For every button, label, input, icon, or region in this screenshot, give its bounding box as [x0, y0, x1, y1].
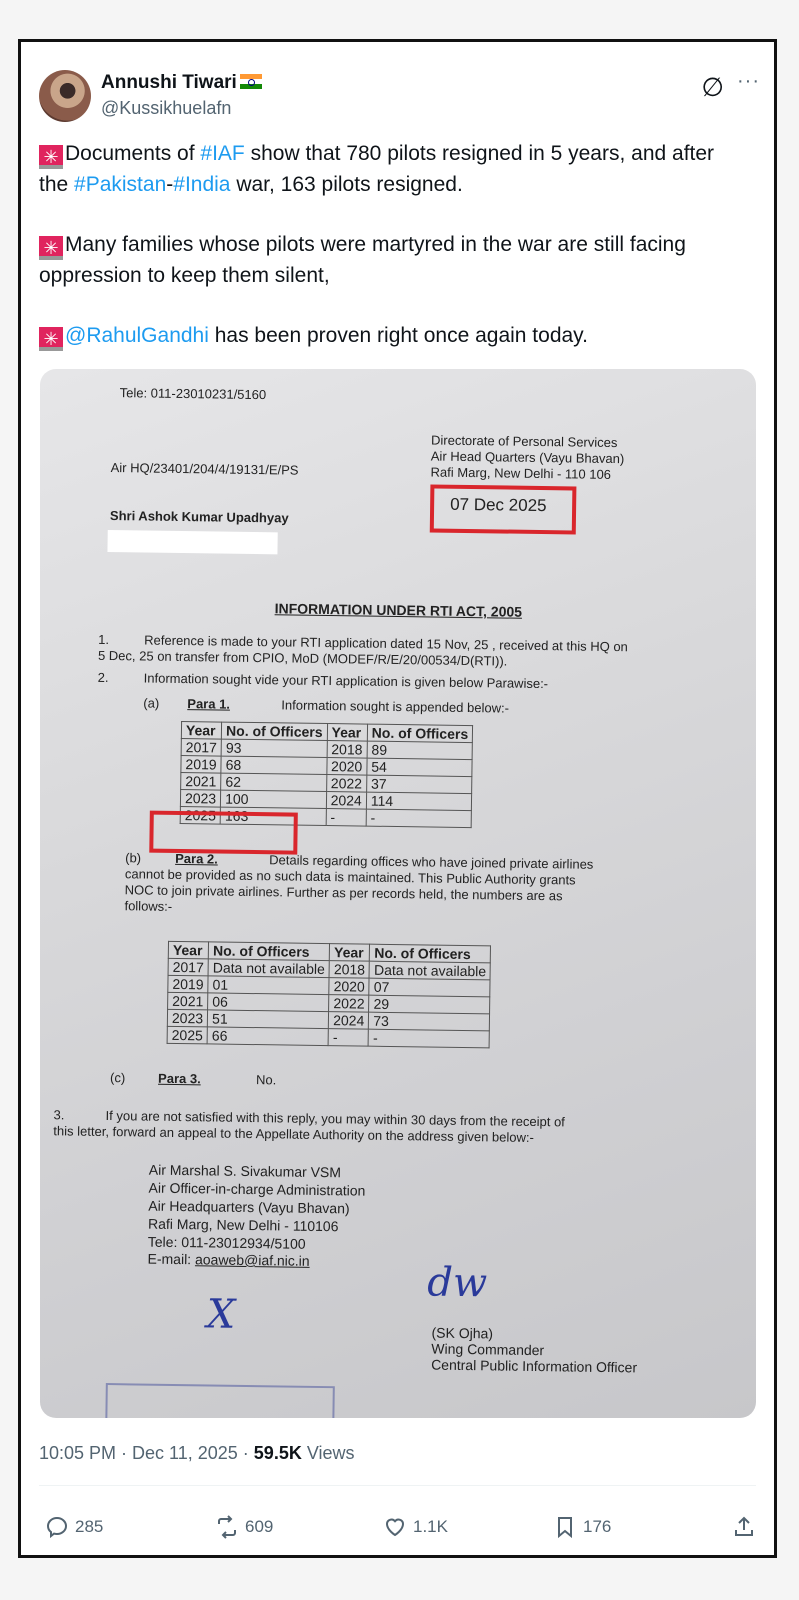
author-handle[interactable]: @Kussikhuelafn — [101, 98, 231, 119]
table-cell: No. of Officers — [208, 942, 329, 961]
doc-label: (c) — [110, 1070, 125, 1085]
india-flag-icon — [240, 74, 262, 89]
table-cell: 2020 — [329, 978, 369, 996]
table-cell: 89 — [367, 741, 473, 759]
divider — [39, 1485, 756, 1486]
doc-hq: Air Head Quarters (Vayu Bhavan) — [431, 448, 625, 466]
doc-num: 3. — [53, 1107, 64, 1122]
document-image[interactable]: Tele: 011-23010231/5160 Directorate of P… — [40, 369, 756, 1418]
tweet-meta: 10:05 PM · Dec 11, 2025 · 59.5K Views — [39, 1443, 355, 1464]
table-cell: 37 — [366, 775, 472, 793]
repost-icon — [215, 1515, 239, 1539]
tweet-paragraph: ✳Many families whose pilots were martyre… — [39, 229, 739, 291]
table-cell: 114 — [366, 792, 472, 810]
doc-designation: Central Public Information Officer — [431, 1357, 637, 1376]
heart-icon — [383, 1515, 407, 1539]
table-cell: 2019 — [181, 756, 221, 774]
views-label: Views — [302, 1443, 355, 1463]
table-cell: 01 — [208, 976, 329, 995]
doc-num: 1. — [98, 632, 109, 647]
doc-heading: INFORMATION UNDER RTI ACT, 2005 — [275, 600, 523, 619]
table-cell: 2024 — [329, 1012, 369, 1030]
siren-icon: ✳ — [39, 145, 63, 169]
doc-label: (b) — [125, 850, 141, 865]
table-cell: - — [366, 809, 472, 827]
table-cell: 100 — [221, 790, 327, 808]
table-cell: 2025 — [167, 1026, 207, 1044]
table-cell: 2021 — [168, 992, 208, 1010]
doc-b-line: follows:- — [124, 898, 172, 914]
table-cell: No. of Officers — [370, 944, 491, 963]
reply-button[interactable]: 285 — [45, 1515, 103, 1539]
doc-a-text: Information sought is appended below:- — [281, 697, 509, 715]
appellate-address: Air Marshal S. Sivakumar VSMAir Officer-… — [148, 1161, 366, 1254]
cpio-signature: dw — [427, 1259, 487, 1306]
table-cell: 2022 — [326, 775, 366, 793]
table-cell: 29 — [369, 995, 490, 1014]
doc-signatory: (SK Ojha) — [431, 1325, 493, 1342]
doc-addressee: Shri Ashok Kumar Upadhyay — [110, 508, 289, 525]
doc-num: 2. — [98, 670, 109, 685]
more-icon[interactable]: ··· — [737, 70, 760, 93]
bookmark-icon — [553, 1515, 577, 1539]
table-cell: 06 — [208, 993, 329, 1012]
doc-directorate: Directorate of Personal Services — [431, 432, 618, 450]
tweet-paragraph: ✳Documents of #IAF show that 780 pilots … — [39, 138, 739, 200]
tweet-paragraph: ✳@RahulGandhi has been proven right once… — [39, 320, 739, 351]
tweet-time[interactable]: 10:05 PM — [39, 1443, 116, 1463]
tweet-card: Annushi Tiwari @Kussikhuelafn ∅ ··· ✳Doc… — [18, 39, 777, 1558]
author-name[interactable]: Annushi Tiwari — [101, 72, 262, 94]
table-cell: 2022 — [329, 995, 369, 1013]
doc-address: Rafi Marg, New Delhi - 110 106 — [430, 464, 611, 482]
rti-document: Tele: 011-23010231/5160 Directorate of P… — [40, 369, 756, 1418]
doc-para: Para 3. — [158, 1071, 201, 1087]
doc-rank: Wing Commander — [431, 1341, 544, 1359]
table-cell: 2023 — [167, 1009, 207, 1027]
grok-icon[interactable]: ∅ — [701, 72, 724, 103]
avatar[interactable] — [39, 70, 91, 122]
table-cell: 2018 — [327, 741, 367, 759]
table-cell: 66 — [207, 1027, 328, 1046]
doc-c-text: No. — [256, 1072, 276, 1087]
like-count: 1.1K — [413, 1517, 448, 1537]
table-cell: Year — [168, 941, 208, 959]
doc-para: Para 2. — [175, 851, 218, 867]
doc-p2-line: Information sought vide your RTI applica… — [144, 670, 549, 691]
table-cell: 73 — [369, 1012, 490, 1031]
reply-icon — [45, 1515, 69, 1539]
bookmark-button[interactable]: 176 — [553, 1515, 611, 1539]
mention-rahulgandhi[interactable]: @RahulGandhi — [65, 324, 209, 347]
table-cell: 62 — [221, 773, 327, 791]
siren-icon: ✳ — [39, 327, 63, 351]
table-row: 202566-- — [167, 1026, 490, 1048]
table-cell: - — [368, 1029, 489, 1048]
table-cell: 93 — [221, 739, 327, 757]
repost-count: 609 — [245, 1517, 273, 1537]
siren-icon: ✳ — [39, 236, 63, 260]
table-cell: 68 — [221, 756, 327, 774]
table-cell: Data not available — [208, 959, 329, 978]
table-cell: 2020 — [326, 758, 366, 776]
hashtag-iaf[interactable]: #IAF — [200, 142, 244, 165]
tweet-text: ✳Documents of #IAF show that 780 pilots … — [39, 138, 739, 380]
doc-ref: Air HQ/23401/204/4/19131/E/PS — [111, 460, 299, 478]
table-cell: 54 — [367, 758, 473, 776]
reply-count: 285 — [75, 1517, 103, 1537]
table-cell: 2017 — [168, 958, 208, 976]
table-cell: Year — [181, 722, 221, 740]
table-cell: Year — [327, 724, 367, 742]
value-highlight-box — [149, 811, 298, 855]
table-cell: 2024 — [326, 792, 366, 810]
table-cell: No. of Officers — [222, 722, 328, 740]
bookmark-count: 176 — [583, 1517, 611, 1537]
doc-date: 07 Dec 2025 — [450, 495, 547, 516]
tweet-date[interactable]: Dec 11, 2025 — [132, 1443, 238, 1463]
doc-email: E-mail: aoaweb@iaf.nic.in — [147, 1251, 309, 1269]
hashtag-pakistan[interactable]: #Pakistan — [74, 173, 166, 196]
views-count: 59.5K — [254, 1443, 302, 1463]
table-cell: Data not available — [369, 961, 490, 980]
airlines-table: YearNo. of OfficersYearNo. of Officers20… — [167, 941, 492, 1049]
table-cell: 2018 — [329, 961, 369, 979]
table-cell: Year — [330, 944, 370, 962]
share-icon — [732, 1515, 756, 1539]
table-cell: 2017 — [181, 739, 221, 757]
table-cell: - — [326, 809, 366, 827]
repost-button[interactable]: 609 — [215, 1515, 273, 1539]
table-cell: 2021 — [181, 773, 221, 791]
doc-tele: Tele: 011-23010231/5160 — [120, 385, 267, 402]
table-cell: - — [328, 1029, 368, 1047]
table-cell: No. of Officers — [367, 724, 473, 742]
table-cell: 2023 — [180, 790, 220, 808]
official-stamp — [105, 1383, 335, 1418]
doc-para: Para 1. — [187, 696, 230, 712]
stamp-signature: X — [206, 1291, 235, 1337]
table-cell: 2019 — [168, 975, 208, 993]
table-cell: 07 — [369, 978, 490, 997]
redaction — [107, 530, 277, 554]
hashtag-india[interactable]: #India — [173, 173, 230, 196]
like-button[interactable]: 1.1K — [383, 1515, 448, 1539]
action-bar: 285 609 1.1K 176 — [39, 1515, 756, 1545]
table-cell: 51 — [207, 1010, 328, 1029]
doc-label: (a) — [143, 695, 159, 710]
share-button[interactable] — [732, 1515, 756, 1539]
